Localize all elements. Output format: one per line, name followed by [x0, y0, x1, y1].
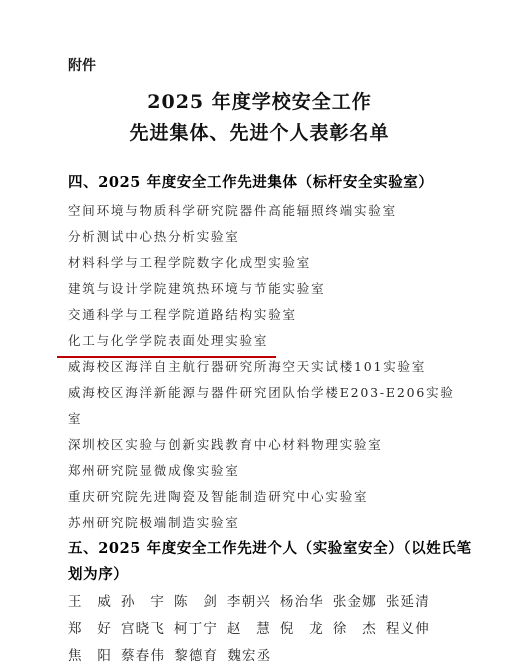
document-page: 附件 2025 年度学校安全工作 先进集体、先进个人表彰名单 四、2025 年度…	[0, 0, 509, 668]
list-item: 威海校区海洋自主航行器研究所海空天实试楼101实验室	[68, 354, 461, 380]
person-name: 张延清	[386, 589, 430, 616]
lab-name: 郑州研究院显微成像实验室	[68, 458, 240, 484]
lab-name: 威海校区海洋自主航行器研究所海空天实试楼101实验室	[68, 354, 426, 380]
title-line-2: 先进集体、先进个人表彰名单	[58, 118, 461, 149]
lab-name: 建筑与设计学院建筑热环境与节能实验室	[68, 276, 325, 302]
title-line-1: 2025 年度学校安全工作	[58, 87, 461, 118]
section5-heading-line-1: 五、2025 年度安全工作先进个人（实验室安全）（以姓氏笔	[68, 536, 461, 562]
person-name: 孙 宇	[121, 589, 165, 616]
lab-name: 空间环境与物质科学研究院器件高能辐照终端实验室	[68, 198, 397, 224]
lab-name: 重庆研究院先进陶瓷及智能制造研究中心实验室	[68, 484, 368, 510]
name-row: 郑 好 宫晓飞 柯丁宁 赵 慧 倪 龙 徐 杰 程义伸	[68, 616, 430, 643]
list-item: 建筑与设计学院建筑热环境与节能实验室	[68, 276, 461, 302]
lab-name-underlined: 化工与化学学院表面处理实验室	[68, 328, 268, 354]
list-item: 威海校区海洋新能源与器件研究团队怡学楼E203-E206实验 室	[68, 380, 461, 432]
person-name: 王 威	[68, 589, 112, 616]
lab-name: 威海校区海洋新能源与器件研究团队怡学楼E203-E206实验 室	[68, 380, 455, 432]
section4-heading: 四、2025 年度安全工作先进集体（标杆安全实验室）	[68, 170, 461, 196]
person-name: 倪 龙	[280, 616, 324, 643]
list-item: 深圳校区实验与创新实践教育中心材料物理实验室	[68, 432, 461, 458]
lab-name: 分析测试中心热分析实验室	[68, 224, 240, 250]
person-name: 陈 剑	[174, 589, 218, 616]
list-item: 重庆研究院先进陶瓷及智能制造研究中心实验室	[68, 484, 461, 510]
list-item: 分析测试中心热分析实验室	[68, 224, 461, 250]
person-name: 赵 慧	[227, 616, 271, 643]
person-name: 徐 杰	[333, 616, 377, 643]
list-item: 化工与化学学院表面处理实验室	[68, 328, 461, 354]
person-name: 程义伸	[386, 616, 430, 643]
person-name: 魏宏丞	[227, 643, 271, 668]
list-item: 交通科学与工程学院道路结构实验室	[68, 302, 461, 328]
section5-heading: 五、2025 年度安全工作先进个人（实验室安全）（以姓氏笔 划为序）	[68, 536, 461, 588]
document-title: 2025 年度学校安全工作 先进集体、先进个人表彰名单	[58, 87, 461, 149]
names-block: 王 威 孙 宇 陈 剑 李朝兴 杨治华 张金娜 张延清 郑 好 宫晓飞 柯丁宁 …	[68, 589, 461, 668]
name-row: 焦 阳 蔡春伟 黎德育 魏宏丞	[68, 643, 430, 668]
person-name: 焦 阳	[68, 643, 112, 668]
person-name-underlined: 黎德育	[174, 643, 218, 668]
name-row: 王 威 孙 宇 陈 剑 李朝兴 杨治华 张金娜 张延清	[68, 589, 430, 616]
list-item: 材料科学与工程学院数字化成型实验室	[68, 250, 461, 276]
section5-heading-line-2: 划为序）	[68, 562, 461, 588]
person-name: 李朝兴	[227, 589, 271, 616]
person-name: 张金娜	[333, 589, 377, 616]
section4-list: 空间环境与物质科学研究院器件高能辐照终端实验室 分析测试中心热分析实验室 材料科…	[68, 198, 461, 536]
person-name: 杨治华	[280, 589, 324, 616]
list-item: 空间环境与物质科学研究院器件高能辐照终端实验室	[68, 198, 461, 224]
lab-name: 深圳校区实验与创新实践教育中心材料物理实验室	[68, 432, 383, 458]
list-item: 郑州研究院显微成像实验室	[68, 458, 461, 484]
list-item: 苏州研究院极端制造实验室	[68, 510, 461, 536]
person-name: 郑 好	[68, 616, 112, 643]
lab-name: 材料科学与工程学院数字化成型实验室	[68, 250, 311, 276]
person-name: 蔡春伟	[121, 643, 165, 668]
person-name: 宫晓飞	[121, 616, 165, 643]
attachment-label: 附件	[68, 56, 461, 76]
person-name: 柯丁宁	[174, 616, 218, 643]
lab-name: 苏州研究院极端制造实验室	[68, 510, 240, 536]
lab-name: 交通科学与工程学院道路结构实验室	[68, 302, 297, 328]
